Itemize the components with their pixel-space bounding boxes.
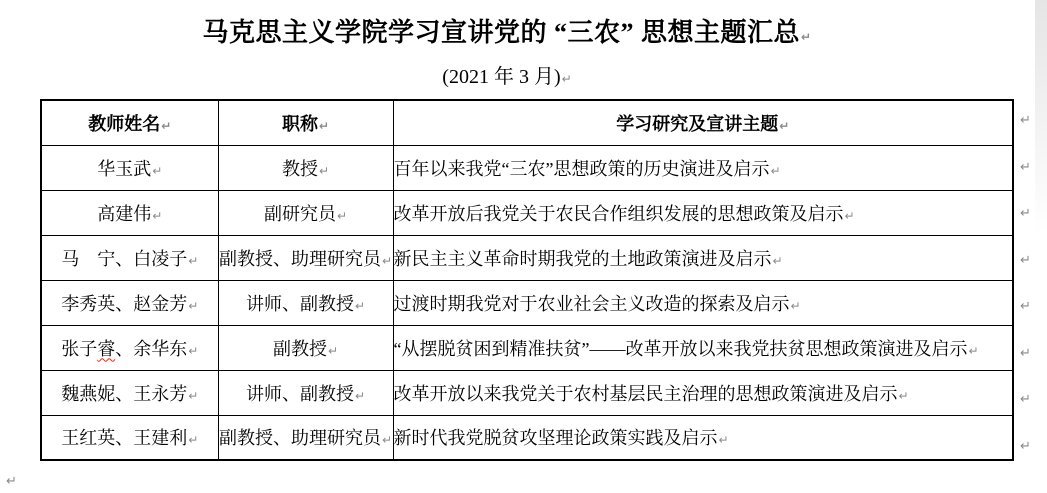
teacher-title-cell: 副教授、助理研究员↵ [218,415,393,460]
teacher-name: 李秀英、赵金芳 [61,294,187,314]
cell-end-mark-icon: ↵ [382,433,392,447]
teacher-name-cell: 马 宁、白凌子↵ [41,235,218,280]
table-row: 王红英、王建利↵ 副教授、助理研究员↵ 新时代我党脱贫攻坚理论政策实践及启示↵ [41,415,1013,460]
teacher-name-cell: 魏燕妮、王永芳↵ [41,370,218,415]
document-title: 马克思主义学院学习宣讲党的 “三农” 思想主题汇总↵ [0,12,1014,49]
cell-end-mark-icon: ↵ [337,209,347,223]
teacher-title-cell: 副教授、助理研究员↵ [218,235,393,280]
page-edge-shadow [1035,0,1047,235]
paragraph-mark-icon: ↵ [801,30,812,44]
document-subtitle: (2021 年 3 月)↵ [0,60,1014,89]
teacher-title-cell: 讲师、副教授↵ [218,370,393,415]
cell-end-mark-icon: ↵ [770,164,780,178]
teachers-topics-table: 教师姓名↵ 职称↵ 学习研究及宣讲主题↵ 华玉武↵ 教授↵ 百年以来我党“三农”… [40,99,1014,461]
topic-cell: 过渡时期我党对于农业社会主义改造的探索及启示↵ [393,280,1013,325]
cell-end-mark-icon: ↵ [355,389,365,403]
spellcheck-underlined-char: 睿 [97,339,115,359]
topic-text: 改革开放以来我党关于农村基层民主治理的思想政策演进及启示 [394,384,898,404]
cell-end-mark-icon: ↵ [899,389,909,403]
topic-text: 过渡时期我党对于农业社会主义改造的探索及启示 [394,294,790,314]
row-end-mark-icon: ↵ [1020,113,1031,128]
topic-text: 新民主主义革命时期我党的土地政策演进及启示 [394,249,772,269]
teacher-name: 高建伟 [97,204,151,224]
row-end-mark-icon: ↵ [1020,253,1031,268]
cell-end-mark-icon: ↵ [152,164,162,178]
cell-end-mark-icon: ↵ [319,119,329,133]
topic-cell: “从摆脱贫困到精准扶贫”——改革开放以来我党扶贫思想政策演进及启示↵ [393,325,1013,370]
cell-end-mark-icon: ↵ [773,254,783,268]
topic-cell: 百年以来我党“三农”思想政策的历史演进及启示↵ [393,145,1013,190]
teacher-title: 教授 [282,159,318,179]
teacher-title: 讲师、副教授 [246,294,354,314]
table-header-row: 教师姓名↵ 职称↵ 学习研究及宣讲主题↵ [41,100,1013,145]
teacher-name-cell: 高建伟↵ [41,190,218,235]
teacher-name: 华玉武 [97,159,151,179]
teacher-title: 副教授、助理研究员 [219,249,381,269]
cell-end-mark-icon: ↵ [791,299,801,313]
row-end-mark-icon: ↵ [1020,439,1031,454]
topic-cell: 新民主主义革命时期我党的土地政策演进及启示↵ [393,235,1013,280]
header-teacher-name-label: 教师姓名 [88,114,160,134]
cell-end-mark-icon: ↵ [382,254,392,268]
teacher-title: 讲师、副教授 [246,384,354,404]
cell-end-mark-icon: ↵ [319,164,329,178]
topic-text: “从摆脱贫困到精准扶贫”——改革开放以来我党扶贫思想政策演进及启示 [394,339,968,359]
header-topic: 学习研究及宣讲主题↵ [393,100,1013,145]
table-row: 华玉武↵ 教授↵ 百年以来我党“三农”思想政策的历史演进及启示↵ [41,145,1013,190]
cell-end-mark-icon: ↵ [188,254,198,268]
document-subtitle-text: (2021 年 3 月) [442,66,560,88]
row-end-mark-icon: ↵ [1020,392,1031,407]
teacher-name: 魏燕妮、王永芳 [61,384,187,404]
cell-end-mark-icon: ↵ [188,433,198,447]
row-end-mark-icon: ↵ [1020,346,1031,361]
teacher-name: 王红英、王建利 [61,428,187,448]
table-row: 魏燕妮、王永芳↵ 讲师、副教授↵ 改革开放以来我党关于农村基层民主治理的思想政策… [41,370,1013,415]
cell-end-mark-icon: ↵ [188,389,198,403]
teacher-title: 副教授 [273,339,327,359]
header-topic-label: 学习研究及宣讲主题 [616,114,778,134]
teacher-name: 张子 [61,339,97,359]
cell-end-mark-icon: ↵ [188,344,198,358]
cell-end-mark-icon: ↵ [355,299,365,313]
topic-cell: 改革开放以来我党关于农村基层民主治理的思想政策演进及启示↵ [393,370,1013,415]
table-row: 李秀英、赵金芳↵ 讲师、副教授↵ 过渡时期我党对于农业社会主义改造的探索及启示↵ [41,280,1013,325]
cell-end-mark-icon: ↵ [719,433,729,447]
cell-end-mark-icon: ↵ [152,209,162,223]
cell-end-mark-icon: ↵ [845,209,855,223]
table-row: 高建伟↵ 副研究员↵ 改革开放后我党关于农民合作组织发展的思想政策及启示↵ [41,190,1013,235]
teacher-title-cell: 教授↵ [218,145,393,190]
teacher-name-cell: 李秀英、赵金芳↵ [41,280,218,325]
teacher-title-cell: 副教授↵ [218,325,393,370]
paragraph-mark-icon: ↵ [562,72,572,86]
teacher-name: 马 宁、白凌子 [61,249,187,269]
document-title-text: 马克思主义学院学习宣讲党的 “三农” 思想主题汇总 [202,18,800,47]
topic-text: 新时代我党脱贫攻坚理论政策实践及启示 [394,428,718,448]
teacher-name-cell: 王红英、王建利↵ [41,415,218,460]
table-row: 马 宁、白凌子↵ 副教授、助理研究员↵ 新民主主义革命时期我党的土地政策演进及启… [41,235,1013,280]
header-teacher-name: 教师姓名↵ [41,100,218,145]
cell-end-mark-icon: ↵ [161,119,171,133]
cell-end-mark-icon: ↵ [968,344,978,358]
row-end-mark-icon: ↵ [1020,299,1031,314]
topic-text: 改革开放后我党关于农民合作组织发展的思想政策及启示 [394,204,844,224]
row-end-mark-icon: ↵ [1020,206,1031,221]
teacher-title-cell: 副研究员↵ [218,190,393,235]
teacher-name-cell: 张子睿、余华东↵ [41,325,218,370]
cell-end-mark-icon: ↵ [779,119,789,133]
teacher-title: 副教授、助理研究员 [219,428,381,448]
teacher-title: 副研究员 [264,204,336,224]
teacher-title-cell: 讲师、副教授↵ [218,280,393,325]
document-page: 马克思主义学院学习宣讲党的 “三农” 思想主题汇总↵ (2021 年 3 月)↵… [0,0,1047,493]
cell-end-mark-icon: ↵ [188,299,198,313]
header-title: 职称↵ [218,100,393,145]
topic-text: 百年以来我党“三农”思想政策的历史演进及启示 [394,159,770,179]
row-end-mark-icon: ↵ [1020,160,1031,175]
paragraph-mark-icon: ↵ [6,474,17,489]
topic-cell: 改革开放后我党关于农民合作组织发展的思想政策及启示↵ [393,190,1013,235]
table-row: 张子睿、余华东↵ 副教授↵ “从摆脱贫困到精准扶贫”——改革开放以来我党扶贫思想… [41,325,1013,370]
teacher-name: 、余华东 [115,339,187,359]
header-title-label: 职称 [282,114,318,134]
teacher-name-cell: 华玉武↵ [41,145,218,190]
cell-end-mark-icon: ↵ [328,344,338,358]
topic-cell: 新时代我党脱贫攻坚理论政策实践及启示↵ [393,415,1013,460]
